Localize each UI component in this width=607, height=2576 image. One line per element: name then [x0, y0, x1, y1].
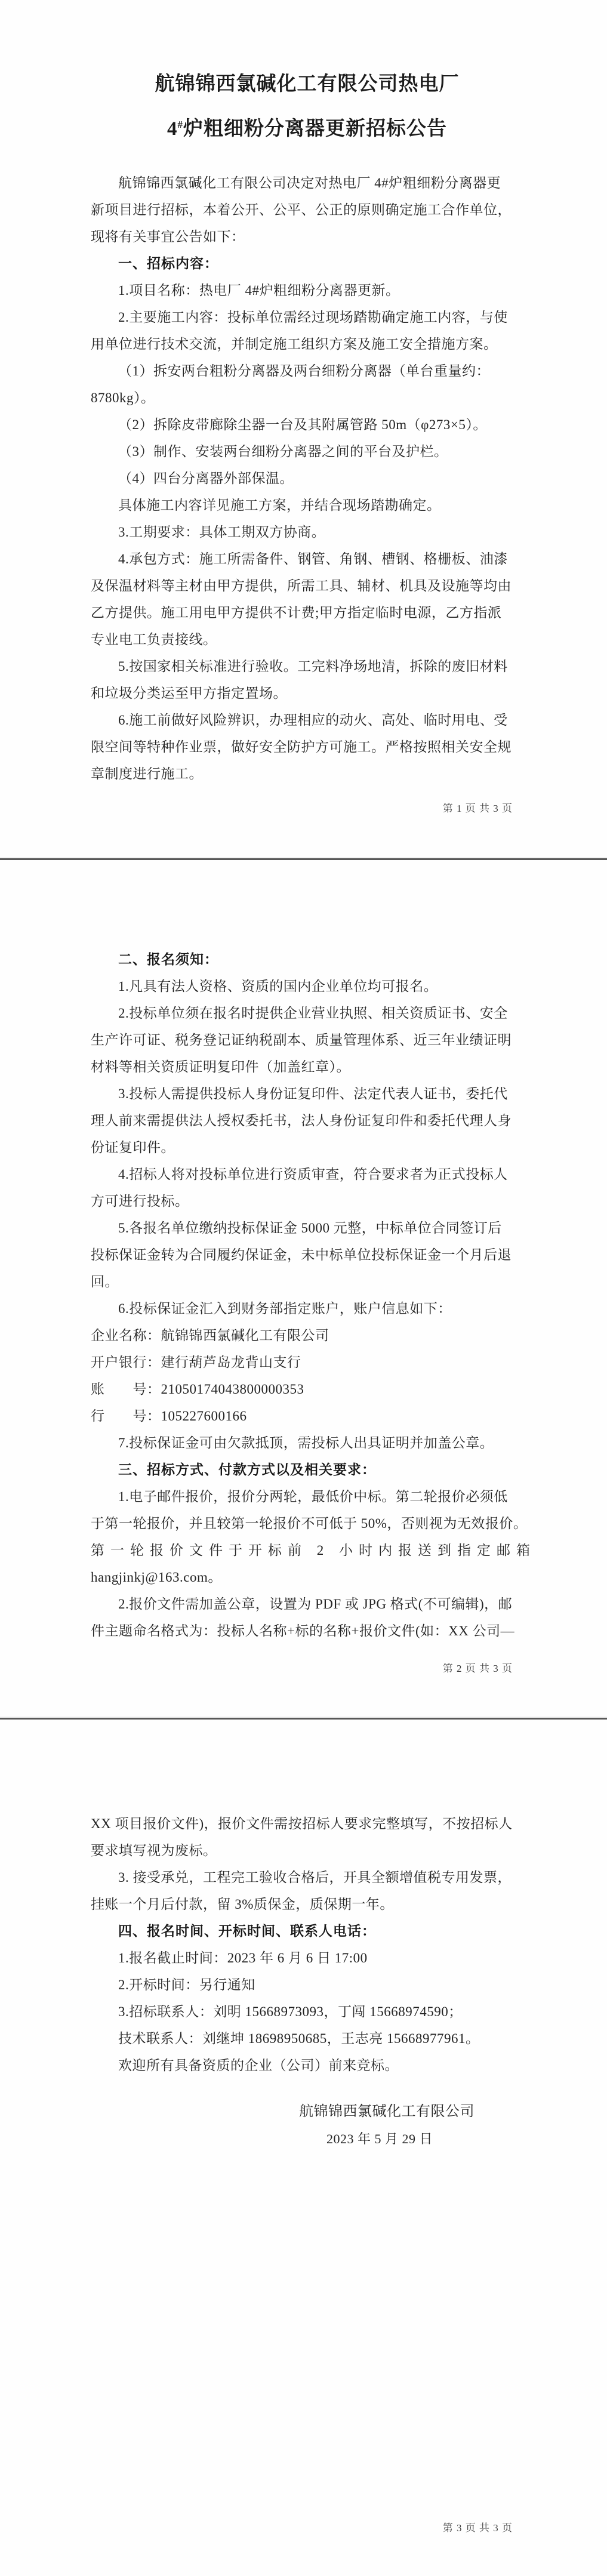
text-line: （1）拆安两台粗粉分离器及两台细粉分离器（单台重量约：	[91, 358, 523, 384]
text-line: 8780kg）。	[91, 384, 523, 411]
text-line: 和垃圾分类运至甲方指定置场。	[91, 680, 523, 707]
page-number-footer: 第 3 页 共 3 页	[443, 2519, 513, 2534]
page-2-body: 二、报名须知：1.凡具有法人资格、资质的国内企业单位均可报名。2.投标单位须在报…	[91, 860, 523, 1644]
text-line: 1.项目名称：热电厂 4#炉粗细粉分离器更新。	[91, 277, 523, 304]
text-line: 4.承包方式：施工所需备件、钢管、角钢、槽钢、格栅板、油漆	[91, 546, 523, 572]
section-heading-line: 一、招标内容：	[91, 250, 523, 277]
section-heading-line: 三、招标方式、付款方式以及相关要求：	[91, 1456, 523, 1483]
text-line: 限空间等特种作业票，做好安全防护方可施工。严格按照相关安全规	[91, 734, 523, 760]
text-line: 份证复印件。	[91, 1134, 523, 1161]
page-3-body: XX 项目报价文件)，报价文件需按招标人要求完整填写，不按招标人要求填写视为废标…	[91, 1720, 523, 2079]
page-2-content: 二、报名须知：1.凡具有法人资格、资质的国内企业单位均可报名。2.投标单位须在报…	[0, 860, 607, 1644]
text-line: 行 号：105227600166	[91, 1403, 523, 1429]
text-line: 1.电子邮件报价，报价分两轮，最低价中标。第二轮报价必须低	[91, 1483, 523, 1510]
text-line: 欢迎所有具备资质的企业（公司）前来竞标。	[91, 2052, 523, 2079]
text-line: 理人前来需提供法人授权委托书，法人身份证复印件和委托代理人身	[91, 1107, 523, 1134]
text-line: （4）四台分离器外部保温。	[91, 465, 523, 492]
page-3-content: XX 项目报价文件)，报价文件需按招标人要求完整填写，不按招标人要求填写视为废标…	[0, 1720, 607, 2152]
text-line: 航锦锦西氯碱化工有限公司决定对热电厂 4#炉粗细粉分离器更	[91, 170, 523, 196]
text-line: 方可进行投标。	[91, 1188, 523, 1215]
text-line: 新项目进行招标，本着公开、公平、公正的原则确定施工合作单位，	[91, 196, 523, 223]
text-line: 2.主要施工内容：投标单位需经过现场踏勘确定施工内容，与使	[91, 304, 523, 331]
text-line: 材料等相关资质证明复印件（加盖红章）。	[91, 1053, 523, 1080]
text-line: 乙方提供。施工用电甲方提供不计费;甲方指定临时电源，乙方指派	[91, 599, 523, 626]
text-line: 技术联系人：刘继坤 18698950685，王志亮 15668977961。	[91, 2025, 523, 2052]
text-line: 1.报名截止时间：2023 年 6 月 6 日 17:00	[91, 1945, 523, 1971]
text-line: 4.招标人将对投标单位进行资质审查，符合要求者为正式投标人	[91, 1161, 523, 1188]
text-line: 7.投标保证金可由欠款抵顶，需投标人出具证明并加盖公章。	[91, 1429, 523, 1456]
title-boiler-number: 4	[167, 118, 178, 140]
text-line: 具体施工内容详见施工方案，并结合现场踏勘确定。	[91, 492, 523, 519]
text-line: 5.各报名单位缴纳投标保证金 5000 元整，中标单位合同签订后	[91, 1215, 523, 1241]
text-line: 3.工期要求：具体工期双方协商。	[91, 519, 523, 546]
text-line: 6.投标保证金汇入到财务部指定账户，账户信息如下：	[91, 1295, 523, 1322]
text-line: 企业名称：航锦锦西氯碱化工有限公司	[91, 1322, 523, 1349]
scanned-document: 航锦锦西氯碱化工有限公司热电厂 4#炉粗细粉分离器更新招标公告 航锦锦西氯碱化工…	[0, 0, 607, 2576]
text-line: 挂账一个月后付款，留 3%质保金，质保期一年。	[91, 1891, 523, 1918]
signature-block: 航锦锦西氯碱化工有限公司 2023 年 5 月 29 日	[91, 2099, 523, 2152]
title-superscript: #	[178, 119, 184, 130]
text-line: 生产许可证、税务登记证纳税副本、质量管理体系、近三年业绩证明	[91, 1027, 523, 1053]
text-line: 章制度进行施工。	[91, 760, 523, 787]
text-line: 6.施工前做好风险辨识，办理相应的动火、高处、临时用电、受	[91, 707, 523, 734]
text-line: 及保温材料等主材由甲方提供，所需工具、辅材、机具及设施等均由	[91, 572, 523, 599]
text-line: 投标保证金转为合同履约保证金，未中标单位投标保证金一个月后退	[91, 1241, 523, 1268]
text-line: 要求填写视为废标。	[91, 1837, 523, 1864]
page-number-footer: 第 2 页 共 3 页	[443, 1660, 513, 1675]
text-line: 用单位进行技术交流，并制定施工组织方案及施工安全措施方案。	[91, 331, 523, 358]
doc-title-line-1: 航锦锦西氯碱化工有限公司热电厂	[91, 0, 523, 98]
doc-title-line-2: 4#炉粗细粉分离器更新招标公告	[91, 115, 523, 143]
text-line: 5.按国家相关标准进行验收。工完料净场地清，拆除的废旧材料	[91, 653, 523, 680]
section-heading-line: 二、报名须知：	[91, 946, 523, 973]
text-line: 于第一轮报价，并且较第一轮报价不可低于 50%，否则视为无效报价。	[91, 1510, 523, 1537]
text-line: （2）拆除皮带廊除尘器一台及其附属管路 50m（φ273×5）。	[91, 411, 523, 438]
text-line: （3）制作、安装两台细粉分离器之间的平台及护栏。	[91, 438, 523, 465]
section-heading-line: 四、报名时间、开标时间、联系人电话：	[91, 1918, 523, 1945]
text-line: 3.招标联系人：刘明 15668973093，丁闯 15668974590；	[91, 1998, 523, 2025]
page-3: XX 项目报价文件)，报价文件需按招标人要求完整填写，不按招标人要求填写视为废标…	[0, 1720, 607, 2576]
page-number-footer: 第 1 页 共 3 页	[443, 800, 513, 815]
page-1-content: 航锦锦西氯碱化工有限公司热电厂 4#炉粗细粉分离器更新招标公告 航锦锦西氯碱化工…	[0, 0, 607, 787]
text-line: XX 项目报价文件)，报价文件需按招标人要求完整填写，不按招标人	[91, 1810, 523, 1837]
text-line: hangjinkj@163.com。	[91, 1564, 523, 1591]
text-line: 现将有关事宜公告如下：	[91, 223, 523, 250]
signature-company: 航锦锦西氯碱化工有限公司	[299, 2099, 523, 2125]
page-1: 航锦锦西氯碱化工有限公司热电厂 4#炉粗细粉分离器更新招标公告 航锦锦西氯碱化工…	[0, 0, 607, 857]
text-line: 专业电工负责接线。	[91, 626, 523, 653]
text-line: 件主题命名格式为：投标人名称+标的名称+报价文件(如：XX 公司—	[91, 1617, 523, 1644]
text-line: 3.投标人需提供投标人身份证复印件、法定代表人证书，委托代	[91, 1080, 523, 1107]
text-line: 2.开标时间：另行通知	[91, 1971, 523, 1998]
text-line: 回。	[91, 1268, 523, 1295]
text-line: 2.报价文件需加盖公章，设置为 PDF 或 JPG 格式(不可编辑)，邮	[91, 1591, 523, 1617]
text-line: 2.投标单位须在报名时提供企业营业执照、相关资质证书、安全	[91, 1000, 523, 1027]
title-rest: 炉粗细粉分离器更新招标公告	[183, 118, 447, 140]
text-line: 第一轮报价文件于开标前 2 小时内报送到指定邮箱	[91, 1537, 523, 1564]
page-1-body: 航锦锦西氯碱化工有限公司决定对热电厂 4#炉粗细粉分离器更新项目进行招标，本着公…	[91, 170, 523, 787]
signature-date: 2023 年 5 月 29 日	[326, 2125, 523, 2152]
text-line: 账 号：21050174043800000353	[91, 1376, 523, 1403]
text-line: 3. 接受承兑，工程完工验收合格后，开具全额增值税专用发票，	[91, 1864, 523, 1891]
text-line: 开户银行：建行葫芦岛龙背山支行	[91, 1349, 523, 1376]
text-line: 1.凡具有法人资格、资质的国内企业单位均可报名。	[91, 973, 523, 1000]
page-2: 二、报名须知：1.凡具有法人资格、资质的国内企业单位均可报名。2.投标单位须在报…	[0, 860, 607, 1717]
